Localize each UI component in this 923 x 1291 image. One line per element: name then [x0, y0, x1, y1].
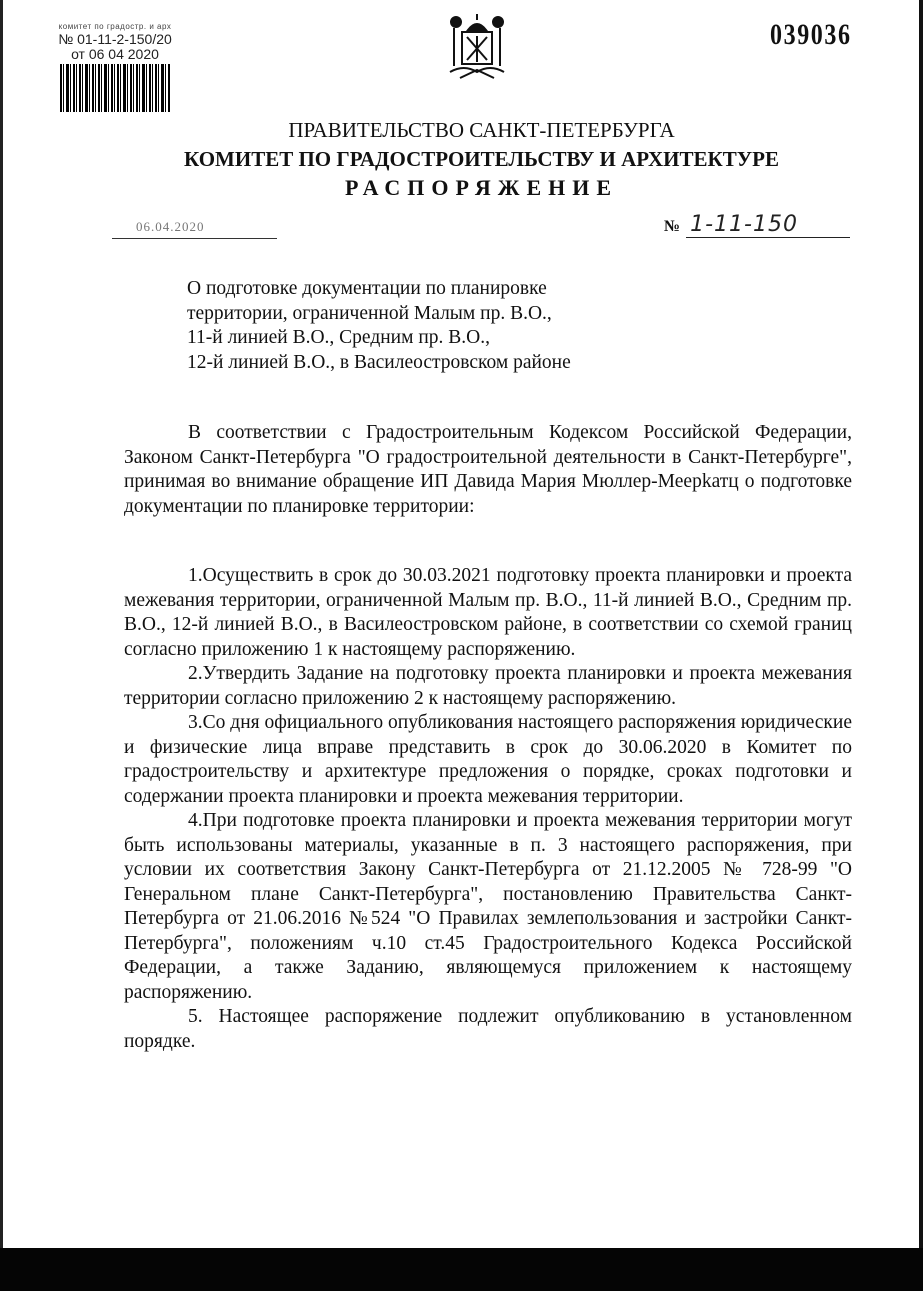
order-items: 1.Осуществить в срок до 30.03.2021 подго…	[124, 564, 852, 1054]
order-number: 1-11-150	[686, 212, 850, 238]
subject-line: 11-й линией В.О., Средним пр. В.О.,	[187, 326, 657, 351]
registration-stamp: комитет по градостр. и арх № 01-11-2-150…	[30, 22, 200, 112]
subject-line: 12-й линией В.О., в Василеостровском рай…	[187, 351, 657, 376]
scan-left-edge	[0, 0, 3, 1291]
coat-of-arms-icon	[446, 10, 508, 82]
order-item-2: 2.Утвердить Задание на подготовку проект…	[124, 662, 852, 711]
subject-line: О подготовке документации по планировке	[187, 277, 657, 302]
preamble-text: В соответствии с Градостроительным Кодек…	[124, 421, 852, 519]
order-item-4: 4.При подготовке проекта планировки и пр…	[124, 809, 852, 1005]
order-item-5: 5. Настоящее распоряжение подлежит опубл…	[124, 1005, 852, 1054]
stamp-number: № 01-11-2-150/20	[30, 32, 200, 47]
committee-title: КОМИТЕТ ПО ГРАДОСТРОИТЕЛЬСТВУ И АРХИТЕКТ…	[20, 147, 923, 172]
preamble: В соответствии с Градостроительным Кодек…	[124, 421, 852, 519]
order-number-field: №1-11-150	[664, 212, 850, 238]
order-date-field: 06.04.2020	[112, 218, 277, 239]
scan-bottom-border	[0, 1248, 923, 1291]
order-item-3: 3.Со дня официального опубликования наст…	[124, 711, 852, 809]
barcode-icon	[60, 64, 170, 112]
stamp-date: от 06 04 2020	[30, 47, 200, 62]
order-number-label: №	[664, 218, 680, 235]
document-subject: О подготовке документации по планировке …	[187, 277, 657, 375]
order-date: 06.04.2020	[136, 219, 205, 234]
document-type: РАСПОРЯЖЕНИЕ	[20, 175, 923, 201]
government-title: ПРАВИТЕЛЬСТВО САНКТ-ПЕТЕРБУРГА	[20, 118, 923, 143]
order-item-1: 1.Осуществить в срок до 30.03.2021 подго…	[124, 564, 852, 662]
registration-number: 039036	[770, 18, 852, 52]
subject-line: территории, ограниченной Малым пр. В.О.,	[187, 302, 657, 327]
